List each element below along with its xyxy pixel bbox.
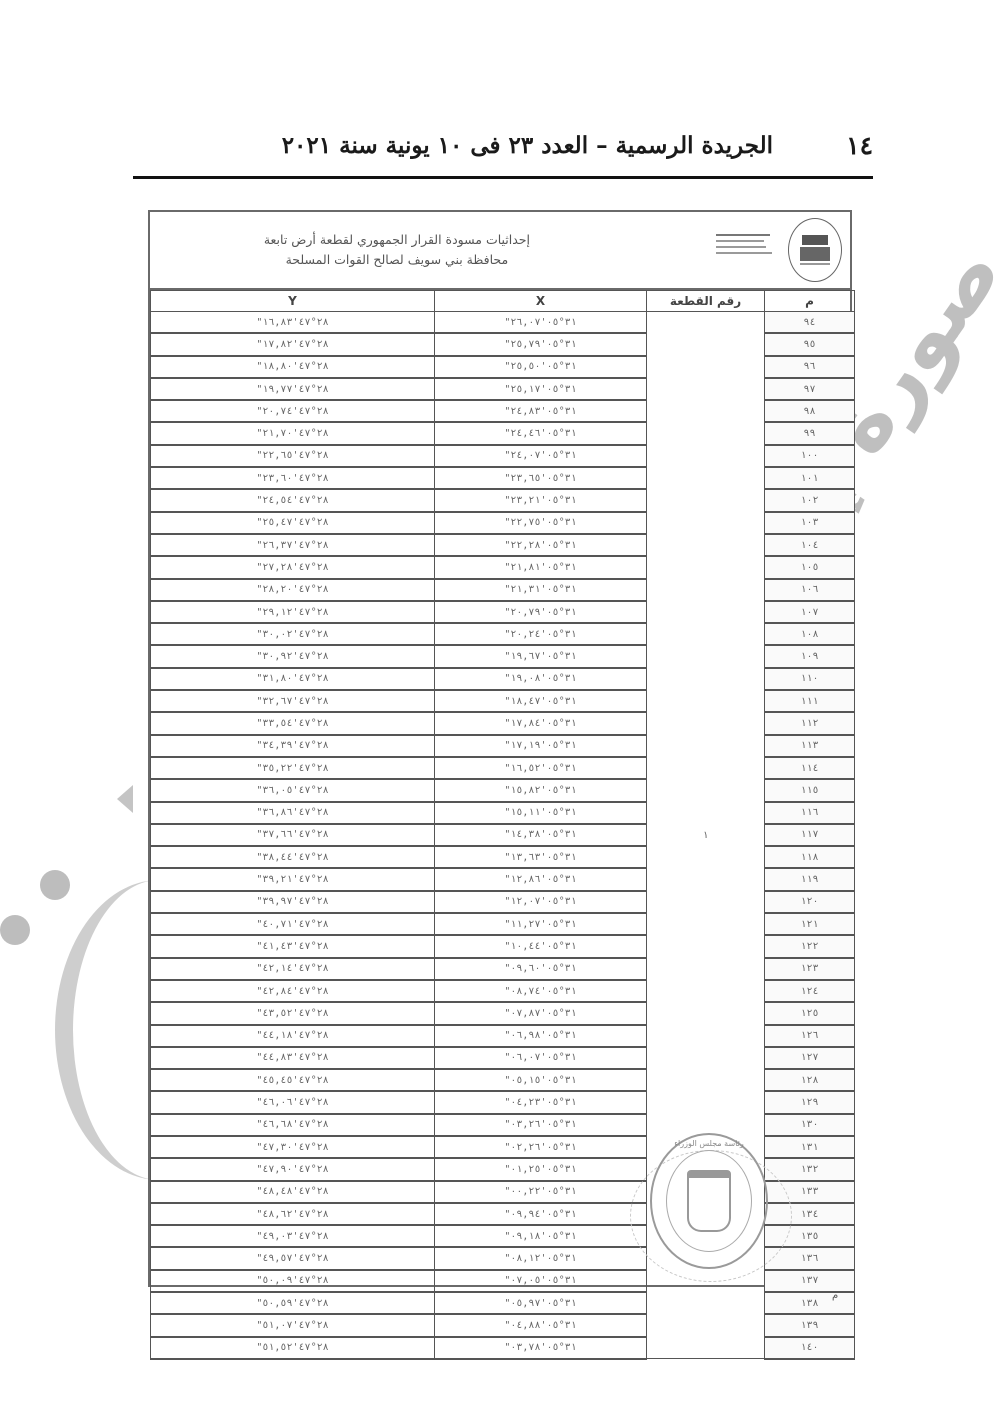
organization-name-lines <box>716 234 772 254</box>
cell-y: ٢٨°٤٧'٤٨,٦٢" <box>151 1203 435 1225</box>
cell-y: ٢٨°٤٧'٤٩,٠٣" <box>151 1225 435 1247</box>
sheet-title-line1: إحداثيات مسودة القرار الجمهوري لقطعة أرض… <box>264 230 530 250</box>
cell-row-no: ٩٧ <box>765 378 855 400</box>
cell-y: ٢٨°٤٧'٢٤,٥٤" <box>151 489 435 511</box>
cell-x: ٣١°٠٥'٠٦,٩٨" <box>435 1025 647 1047</box>
cell-y: ٢٨°٤٧'٣٦,٠٥" <box>151 779 435 801</box>
cell-y: ٢٨°٤٧'٥١,٥٢" <box>151 1337 435 1359</box>
sheet-header: إحداثيات مسودة القرار الجمهوري لقطعة أرض… <box>150 212 850 290</box>
cell-x: ٣١°٠٥'٢٦,٠٧" <box>435 312 647 334</box>
cell-row-no: ٩٦ <box>765 356 855 378</box>
table-row: ٩٤١٣١°٠٥'٢٦,٠٧"٢٨°٤٧'١٦,٨٣" <box>151 312 855 334</box>
cell-y: ٢٨°٤٧'٣٢,٦٧" <box>151 690 435 712</box>
cell-x: ٣١°٠٥'٢٤,٨٣" <box>435 400 647 422</box>
cell-x: ٣١°٠٥'٢٣,٦٥" <box>435 467 647 489</box>
cell-y: ٢٨°٤٧'٢٥,٤٧" <box>151 512 435 534</box>
cell-row-no: ١٠٨ <box>765 623 855 645</box>
gazette-header: ١٤ الجريدة الرسمية – العدد ٢٣ فى ١٠ يوني… <box>133 128 873 162</box>
cell-x: ٣١°٠٥'٠٧,٨٧" <box>435 1002 647 1024</box>
cell-row-no: ١٣٩ <box>765 1314 855 1336</box>
coordinates-table: م رقم القطعة X Y ٩٤١٣١°٠٥'٢٦,٠٧"٢٨°٤٧'١٦… <box>150 290 855 1360</box>
cell-y: ٢٨°٤٧'٤٧,٩٠" <box>151 1158 435 1180</box>
cell-y: ٢٨°٤٧'٥٠,٥٩" <box>151 1292 435 1314</box>
cell-y: ٢٨°٤٧'٢٣,٦٠" <box>151 467 435 489</box>
cell-x: ٣١°٠٥'١٧,١٩" <box>435 735 647 757</box>
cell-x: ٣١°٠٥'٠٣,٧٨" <box>435 1337 647 1359</box>
cell-row-no: ١٣١ <box>765 1136 855 1158</box>
cell-row-no: ١١٢ <box>765 712 855 734</box>
cell-y: ٢٨°٤٧'٤٥,٤٥" <box>151 1069 435 1091</box>
cell-row-no: ١٢٩ <box>765 1091 855 1113</box>
cell-row-no: ١٠٤ <box>765 534 855 556</box>
cell-x: ٣١°٠٥'٠٨,١٢" <box>435 1247 647 1269</box>
cell-row-no: ١١٠ <box>765 668 855 690</box>
cell-x: ٣١°٠٥'٠١,٢٥" <box>435 1158 647 1180</box>
cell-y: ٢٨°٤٧'٥٠,٠٩" <box>151 1270 435 1292</box>
organization-emblem-icon <box>788 218 842 282</box>
cell-y: ٢٨°٤٧'١٦,٨٣" <box>151 312 435 334</box>
cell-x: ٣١°٠٥'٢١,٨١" <box>435 556 647 578</box>
cell-row-no: ١١٥ <box>765 779 855 801</box>
cell-row-no: ٩٤ <box>765 312 855 334</box>
sheet-title: إحداثيات مسودة القرار الجمهوري لقطعة أرض… <box>264 230 530 270</box>
cell-row-no: ١٢٤ <box>765 980 855 1002</box>
cell-y: ٢٨°٤٧'٣٤,٣٩" <box>151 735 435 757</box>
cell-y: ٢٨°٤٧'٤٣,٥٢" <box>151 1002 435 1024</box>
watermark-text: صورة إلكترونية المطابع <box>860 225 1004 581</box>
cell-row-no: ١١٤ <box>765 757 855 779</box>
cell-row-no: ١١٨ <box>765 846 855 868</box>
cell-x: ٣١°٠٥'٠٤,٨٨" <box>435 1314 647 1336</box>
cell-x: ٣١°٠٥'١٨,٤٧" <box>435 690 647 712</box>
cell-y: ٢٨°٤٧'١٩,٧٧" <box>151 378 435 400</box>
cell-x: ٣١°٠٥'٢٠,٧٩" <box>435 601 647 623</box>
cell-x: ٣١°٠٥'١٤,٣٨" <box>435 824 647 846</box>
cell-y: ٢٨°٤٧'٤٧,٣٠" <box>151 1136 435 1158</box>
cell-row-no: ١٣٤ <box>765 1203 855 1225</box>
cell-x: ٣١°٠٥'٠٩,١٨" <box>435 1225 647 1247</box>
cell-x: ٣١°٠٥'١٥,٨٢" <box>435 779 647 801</box>
cell-y: ٢٨°٤٧'٤٤,١٨" <box>151 1025 435 1047</box>
column-header-x: X <box>435 291 647 312</box>
cell-y: ٢٨°٤٧'١٧,٨٢" <box>151 333 435 355</box>
cell-x: ٣١°٠٥'٢٥,١٧" <box>435 378 647 400</box>
cell-x: ٣١°٠٥'١٧,٨٤" <box>435 712 647 734</box>
cell-x: ٣١°٠٥'٠٩,٩٤" <box>435 1203 647 1225</box>
cell-row-no: ٩٨ <box>765 400 855 422</box>
cell-y: ٢٨°٤٧'٣٣,٥٤" <box>151 712 435 734</box>
cell-x: ٣١°٠٥'٠٣,٢٦" <box>435 1114 647 1136</box>
cell-x: ٣١°٠٥'٠٥,١٥" <box>435 1069 647 1091</box>
cell-row-no: ١٠٢ <box>765 489 855 511</box>
cell-y: ٢٨°٤٧'٤٢,١٤" <box>151 958 435 980</box>
cell-y: ٢٨°٤٧'٢١,٧٠" <box>151 422 435 444</box>
cell-row-no: ١٢٧ <box>765 1047 855 1069</box>
cell-y: ٢٨°٤٧'٣٩,٩٧" <box>151 891 435 913</box>
cell-row-no: ١٣٢ <box>765 1158 855 1180</box>
cell-row-no: ١٣٨ <box>765 1292 855 1314</box>
cell-x: ٣١°٠٥'٠٥,٩٧" <box>435 1292 647 1314</box>
cell-x: ٣١°٠٥'١٣,٦٣" <box>435 846 647 868</box>
watermark-dot-icon <box>0 915 30 945</box>
cell-x: ٣١°٠٥'٢٢,٧٥" <box>435 512 647 534</box>
cell-x: ٣١°٠٥'١٥,١١" <box>435 802 647 824</box>
cell-x: ٣١°٠٥'٠٦,٠٧" <box>435 1047 647 1069</box>
cell-y: ٢٨°٤٧'٢٠,٧٤" <box>151 400 435 422</box>
footer-mark: م <box>832 1290 838 1301</box>
column-header-plot-no: رقم القطعة <box>647 291 765 312</box>
cell-row-no: ٩٥ <box>765 333 855 355</box>
cell-y: ٢٨°٤٧'٣٧,٦٦" <box>151 824 435 846</box>
cell-row-no: ١٢٨ <box>765 1069 855 1091</box>
cell-x: ٣١°٠٥'٢٣,٢١" <box>435 489 647 511</box>
cell-row-no: ١٠١ <box>765 467 855 489</box>
cell-row-no: ١٢١ <box>765 913 855 935</box>
cell-y: ٢٨°٤٧'٢٦,٣٧" <box>151 534 435 556</box>
cell-x: ٣١°٠٥'٠٤,٢٣" <box>435 1091 647 1113</box>
cell-row-no: ١٤٠ <box>765 1337 855 1359</box>
cell-x: ٣١°٠٥'٠٨,٧٤" <box>435 980 647 1002</box>
cell-y: ٢٨°٤٧'٤٠,٧١" <box>151 913 435 935</box>
cell-y: ٢٨°٤٧'٢٩,١٢" <box>151 601 435 623</box>
cell-x: ٣١°٠٥'١٢,٠٧" <box>435 891 647 913</box>
cell-x: ٣١°٠٥'٢٠,٢٤" <box>435 623 647 645</box>
cell-row-no: ١٠٠ <box>765 445 855 467</box>
cell-x: ٣١°٠٥'١٩,٦٧" <box>435 645 647 667</box>
cell-y: ٢٨°٤٧'٣٥,٢٢" <box>151 757 435 779</box>
cell-x: ٣١°٠٥'٠٧,٠٥" <box>435 1270 647 1292</box>
cell-row-no: ١٠٣ <box>765 512 855 534</box>
cell-x: ٣١°٠٥'٠٩,٦٠" <box>435 958 647 980</box>
cell-y: ٢٨°٤٧'٤٨,٤٨" <box>151 1181 435 1203</box>
cell-y: ٢٨°٤٧'٤٩,٥٧" <box>151 1247 435 1269</box>
cell-y: ٢٨°٤٧'٤١,٤٣" <box>151 935 435 957</box>
gazette-title: الجريدة الرسمية – العدد ٢٣ فى ١٠ يونية س… <box>282 132 773 159</box>
cell-x: ٣١°٠٥'٢٥,٥٠" <box>435 356 647 378</box>
cell-row-no: ١٢٥ <box>765 1002 855 1024</box>
cell-y: ٢٨°٤٧'٣٦,٨٦" <box>151 802 435 824</box>
cell-y: ٢٨°٤٧'٣١,٨٠" <box>151 668 435 690</box>
cell-x: ٣١°٠٥'٢٥,٧٩" <box>435 333 647 355</box>
cell-x: ٣١°٠٥'١٩,٠٨" <box>435 668 647 690</box>
cell-y: ٢٨°٤٧'٣٠,٠٢" <box>151 623 435 645</box>
watermark-dot-icon <box>40 870 70 900</box>
cell-y: ٢٨°٤٧'٢٨,٢٠" <box>151 579 435 601</box>
cell-row-no: ١١٦ <box>765 802 855 824</box>
cell-x: ٣١°٠٥'٢٤,٠٧" <box>435 445 647 467</box>
cell-row-no: ١٣٣ <box>765 1181 855 1203</box>
cell-y: ٢٨°٤٧'٢٧,٢٨" <box>151 556 435 578</box>
cell-row-no: ١٣٠ <box>765 1114 855 1136</box>
cell-x: ٣١°٠٥'٠٢,٢٦" <box>435 1136 647 1158</box>
cell-y: ٢٨°٤٧'٤٦,٠٦" <box>151 1091 435 1113</box>
cell-x: ٣١°٠٥'٢٤,٤٦" <box>435 422 647 444</box>
cell-x: ٣١°٠٥'١١,٢٧" <box>435 913 647 935</box>
cell-row-no: ١٢٣ <box>765 958 855 980</box>
cell-y: ٢٨°٤٧'٤٦,٦٨" <box>151 1114 435 1136</box>
cell-x: ٣١°٠٥'٢٢,٢٨" <box>435 534 647 556</box>
header-divider <box>133 176 873 179</box>
cell-y: ٢٨°٤٧'١٨,٨٠" <box>151 356 435 378</box>
cell-row-no: ١٠٧ <box>765 601 855 623</box>
cell-row-no: ١١٩ <box>765 868 855 890</box>
cell-x: ٣١°٠٥'١٠,٤٤" <box>435 935 647 957</box>
cell-row-no: ١٢٢ <box>765 935 855 957</box>
sheet-title-line2: محافظة بني سويف لصالح القوات المسلحة <box>264 250 530 270</box>
watermark-triangle-icon <box>117 785 133 813</box>
cell-plot-no: ١ <box>647 312 765 1359</box>
coordinates-sheet: إحداثيات مسودة القرار الجمهوري لقطعة أرض… <box>148 210 852 1287</box>
cell-x: ٣١°٠٥'١٦,٥٢" <box>435 757 647 779</box>
cell-row-no: ١٢٠ <box>765 891 855 913</box>
cell-row-no: ١٢٦ <box>765 1025 855 1047</box>
column-header-y: Y <box>151 291 435 312</box>
cell-row-no: ١١١ <box>765 690 855 712</box>
cell-y: ٢٨°٤٧'٢٢,٦٥" <box>151 445 435 467</box>
cell-y: ٢٨°٤٧'٤٤,٨٣" <box>151 1047 435 1069</box>
cell-x: ٣١°٠٥'١٢,٨٦" <box>435 868 647 890</box>
cell-row-no: ١٠٦ <box>765 579 855 601</box>
cell-row-no: ١٠٩ <box>765 645 855 667</box>
cell-y: ٢٨°٤٧'٥١,٠٧" <box>151 1314 435 1336</box>
cell-y: ٢٨°٤٧'٣٩,٢١" <box>151 868 435 890</box>
column-header-row-no: م <box>765 291 855 312</box>
cell-row-no: ٩٩ <box>765 422 855 444</box>
cell-y: ٢٨°٤٧'٤٢,٨٤" <box>151 980 435 1002</box>
cell-x: ٣١°٠٥'٠٠,٢٢" <box>435 1181 647 1203</box>
cell-row-no: ١٣٥ <box>765 1225 855 1247</box>
cell-y: ٢٨°٤٧'٣٨,٤٤" <box>151 846 435 868</box>
cell-row-no: ١١٧ <box>765 824 855 846</box>
cell-row-no: ١٣٧ <box>765 1270 855 1292</box>
page-number: ١٤ <box>793 131 873 160</box>
cell-row-no: ١٠٥ <box>765 556 855 578</box>
cell-y: ٢٨°٤٧'٣٠,٩٢" <box>151 645 435 667</box>
cell-row-no: ١٣٦ <box>765 1247 855 1269</box>
table-header-row: م رقم القطعة X Y <box>151 291 855 312</box>
cell-row-no: ١١٣ <box>765 735 855 757</box>
cell-x: ٣١°٠٥'٢١,٣١" <box>435 579 647 601</box>
